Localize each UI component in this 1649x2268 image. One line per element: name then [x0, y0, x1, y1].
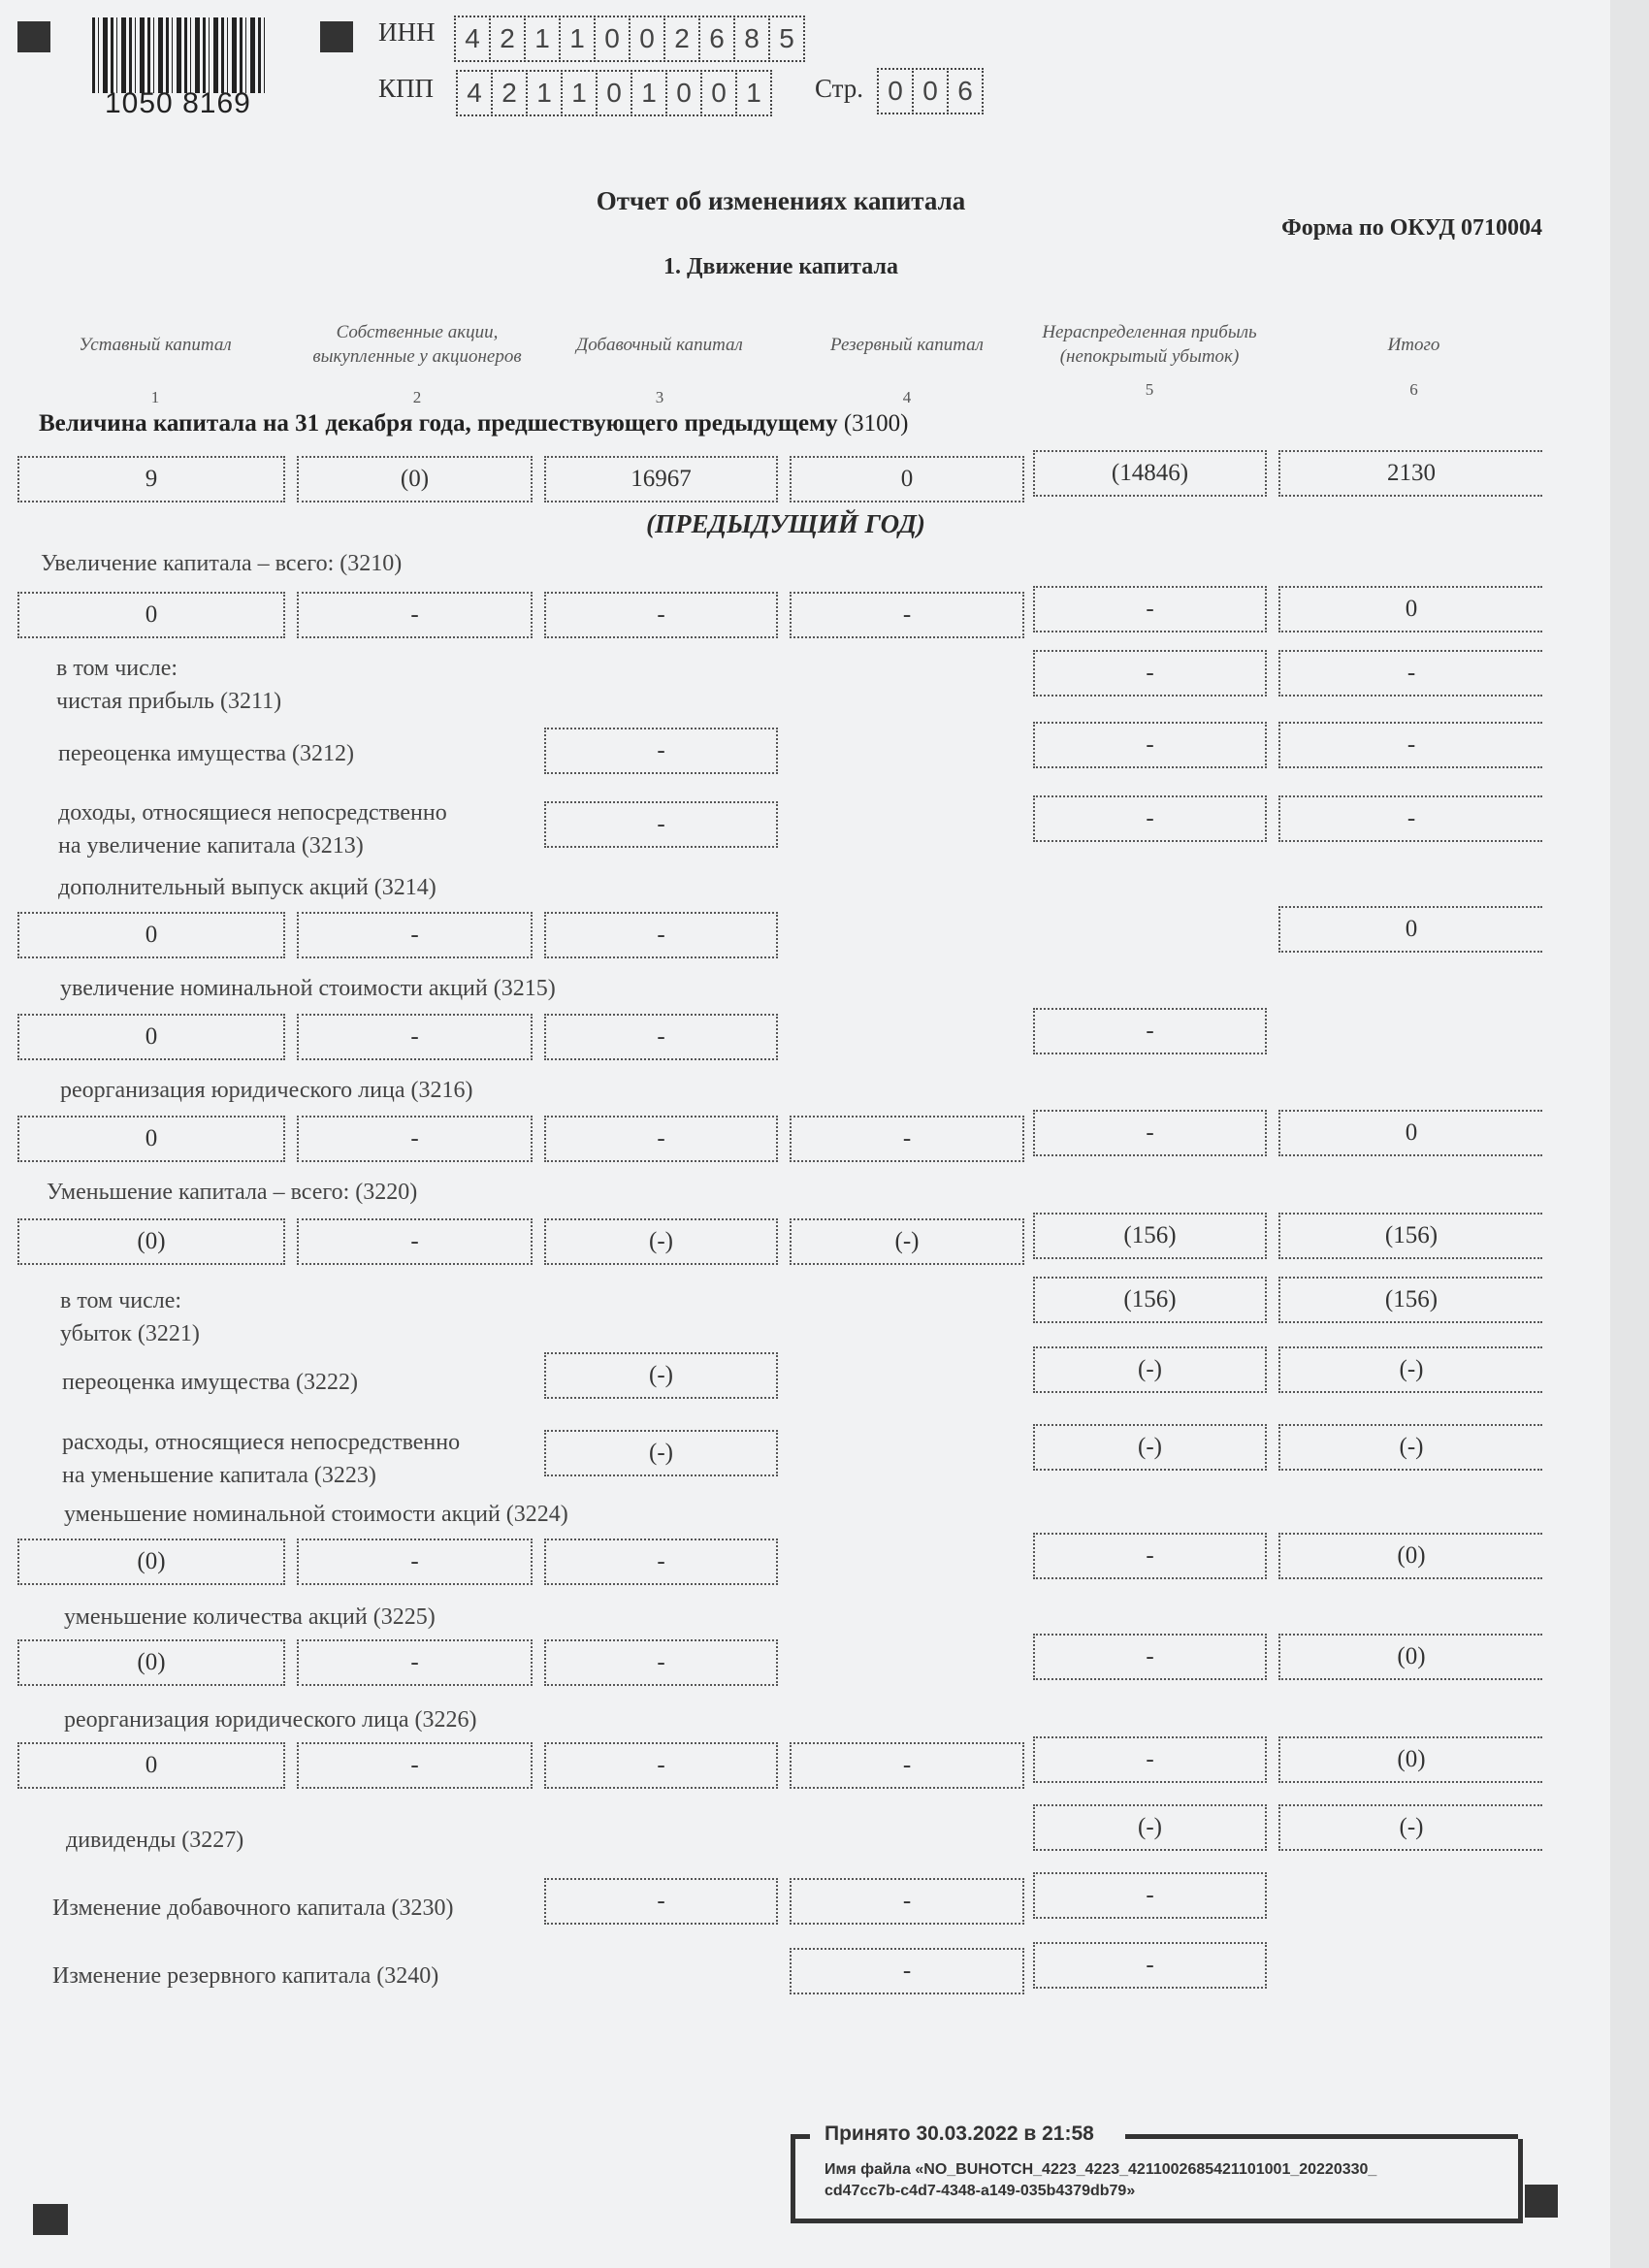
- okud-code: Форма по ОКУД 0710004: [1281, 215, 1542, 242]
- page-digit: 6: [947, 68, 984, 114]
- value-cell-3230-col5: -: [1033, 1872, 1267, 1919]
- row-label-3221: в том числе:убыток (3221): [60, 1284, 200, 1350]
- barcode-number: 1050 8169: [105, 87, 251, 120]
- column-header-6: Итого: [1280, 301, 1547, 388]
- value-cell-3222-col5: (-): [1033, 1346, 1267, 1393]
- inn-digit: 4: [454, 16, 491, 62]
- inn-digit: 0: [629, 16, 665, 62]
- row-label-3220: Уменьшение капитала – всего: (3220): [47, 1176, 417, 1209]
- value-cell-3224-col5: -: [1033, 1533, 1267, 1579]
- value-cell-3221-col5: (156): [1033, 1277, 1267, 1323]
- document-title: Отчет об изменениях капитала: [0, 186, 1562, 216]
- stamp-border: [1125, 2134, 1518, 2139]
- value-cell-3214-col6: 0: [1278, 906, 1542, 953]
- value-cell-3216-col5: -: [1033, 1110, 1267, 1156]
- value-cell-3100-col5: (14846): [1033, 450, 1267, 497]
- value-cell-3226-col3: -: [544, 1742, 778, 1789]
- value-cell-3240-col5: -: [1033, 1942, 1267, 1989]
- row-label-3100: Величина капитала на 31 декабря года, пр…: [39, 407, 909, 440]
- page-label: Стр.: [815, 74, 863, 104]
- value-cell-3220-col5: (156): [1033, 1213, 1267, 1259]
- column-header-2: Собственные акции, выкупленные у акционе…: [291, 301, 543, 388]
- value-cell-3226-col4: -: [790, 1742, 1024, 1789]
- value-cell-3211-col5: -: [1033, 650, 1267, 697]
- kpp-digit: 2: [491, 70, 528, 116]
- row-label-3226: реорганизация юридического лица (3226): [64, 1703, 476, 1736]
- kpp-label: КПП: [378, 74, 434, 104]
- kpp-digit: 0: [700, 70, 737, 116]
- value-cell-3100-col1: 9: [17, 456, 285, 502]
- stamp-border: [791, 2134, 810, 2139]
- column-header-1: Уставный капитал: [58, 301, 252, 388]
- value-cell-3216-col4: -: [790, 1116, 1024, 1162]
- section-subtitle: 1. Движение капитала: [0, 254, 1562, 280]
- previous-year-heading: (ПРЕДЫДУЩИЙ ГОД): [0, 509, 1571, 539]
- kpp-field: 421101001: [456, 70, 770, 116]
- inn-digit: 8: [733, 16, 770, 62]
- value-cell-3221-col6: (156): [1278, 1277, 1542, 1323]
- value-cell-3210-col5: -: [1033, 586, 1267, 632]
- value-cell-3212-col6: -: [1278, 722, 1542, 768]
- row-label-3240: Изменение резервного капитала (3240): [52, 1960, 438, 1993]
- value-cell-3214-col2: -: [297, 912, 533, 958]
- column-number-2: 2: [291, 388, 543, 407]
- value-cell-3210-col6: 0: [1278, 586, 1542, 632]
- row-label-3225: уменьшение количества акций (3225): [64, 1601, 436, 1634]
- row-label-3222: переоценка имущества (3222): [62, 1366, 358, 1399]
- value-cell-3224-col1: (0): [17, 1539, 285, 1585]
- value-cell-3225-col3: -: [544, 1639, 778, 1686]
- value-cell-3224-col6: (0): [1278, 1533, 1542, 1579]
- stamp-file-name: Имя файла «NO_BUHOTCH_4223_4223_42110026…: [824, 2159, 1503, 2202]
- row-label-3211: в том числе:чистая прибыль (3211): [56, 652, 281, 718]
- row-label-3224: уменьшение номинальной стоимости акций (…: [64, 1498, 568, 1531]
- value-cell-3225-col5: -: [1033, 1634, 1267, 1680]
- value-cell-3216-col3: -: [544, 1116, 778, 1162]
- value-cell-3220-col2: -: [297, 1218, 533, 1265]
- barcode-icon: [92, 17, 267, 93]
- row-label-3210: Увеличение капитала – всего: (3210): [41, 547, 402, 580]
- kpp-digit: 1: [735, 70, 772, 116]
- value-cell-3216-col1: 0: [17, 1116, 285, 1162]
- value-cell-3100-col2: (0): [297, 456, 533, 502]
- inn-digit: 2: [489, 16, 526, 62]
- value-cell-3225-col2: -: [297, 1639, 533, 1686]
- value-cell-3226-col6: (0): [1278, 1736, 1542, 1783]
- column-number-1: 1: [58, 388, 252, 407]
- value-cell-3230-col4: -: [790, 1878, 1024, 1925]
- document-page: 1050 8169 ИНН 4211002685 КПП 421101001 С…: [0, 0, 1649, 2268]
- inn-digit: 1: [524, 16, 561, 62]
- value-cell-3226-col2: -: [297, 1742, 533, 1789]
- value-cell-3213-col3: -: [544, 801, 778, 848]
- value-cell-3224-col2: -: [297, 1539, 533, 1585]
- row-label-3213: доходы, относящиеся непосредственнона ув…: [58, 796, 447, 862]
- inn-digit: 0: [594, 16, 630, 62]
- value-cell-3225-col6: (0): [1278, 1634, 1542, 1680]
- column-number-5: 5: [1033, 380, 1266, 400]
- registration-marker-bottom-left: [33, 2204, 68, 2235]
- value-cell-3215-col3: -: [544, 1014, 778, 1060]
- value-cell-3227-col6: (-): [1278, 1804, 1542, 1851]
- value-cell-3223-col6: (-): [1278, 1424, 1542, 1471]
- value-cell-3210-col3: -: [544, 592, 778, 638]
- registration-marker-top-mid: [320, 21, 353, 52]
- value-cell-3210-col2: -: [297, 592, 533, 638]
- column-number-3: 3: [543, 388, 776, 407]
- value-cell-3220-col3: (-): [544, 1218, 778, 1265]
- row-label-3227: дивиденды (3227): [66, 1824, 243, 1857]
- value-cell-3216-col2: -: [297, 1116, 533, 1162]
- stamp-accepted-date: Принято 30.03.2022 в 21:58: [824, 2122, 1094, 2146]
- value-cell-3216-col6: 0: [1278, 1110, 1542, 1156]
- kpp-digit: 1: [526, 70, 563, 116]
- row-label-3215: увеличение номинальной стоимости акций (…: [60, 972, 556, 1005]
- column-number-6: 6: [1280, 380, 1547, 400]
- kpp-digit: 0: [665, 70, 702, 116]
- column-header-4: Резервный капитал: [791, 301, 1023, 388]
- row-label-3216: реорганизация юридического лица (3216): [60, 1074, 472, 1107]
- value-cell-3214-col3: -: [544, 912, 778, 958]
- value-cell-3222-col6: (-): [1278, 1346, 1542, 1393]
- registration-marker-top-left: [17, 21, 50, 52]
- value-cell-3226-col5: -: [1033, 1736, 1267, 1783]
- value-cell-3215-col1: 0: [17, 1014, 285, 1060]
- value-cell-3210-col1: 0: [17, 592, 285, 638]
- inn-digit: 2: [663, 16, 700, 62]
- value-cell-3210-col4: -: [790, 592, 1024, 638]
- value-cell-3224-col3: -: [544, 1539, 778, 1585]
- kpp-digit: 1: [630, 70, 667, 116]
- value-cell-3227-col5: (-): [1033, 1804, 1267, 1851]
- column-header-3: Добавочный капитал: [543, 301, 776, 388]
- value-cell-3213-col6: -: [1278, 795, 1542, 842]
- value-cell-3211-col6: -: [1278, 650, 1542, 697]
- row-label-3230: Изменение добавочного капитала (3230): [52, 1892, 454, 1925]
- kpp-digit: 4: [456, 70, 493, 116]
- inn-digit: 5: [768, 16, 805, 62]
- inn-label: ИНН: [378, 17, 436, 48]
- kpp-digit: 1: [561, 70, 598, 116]
- inn-field: 4211002685: [454, 16, 803, 62]
- value-cell-3220-col6: (156): [1278, 1213, 1542, 1259]
- column-number-4: 4: [791, 388, 1023, 407]
- value-cell-3223-col5: (-): [1033, 1424, 1267, 1471]
- page-digit: 0: [877, 68, 914, 114]
- row-label-3212: переоценка имущества (3212): [58, 737, 354, 770]
- value-cell-3100-col3: 16967: [544, 456, 778, 502]
- row-label-3223: расходы, относящиеся непосредственнона у…: [62, 1426, 460, 1492]
- kpp-digit: 0: [596, 70, 632, 116]
- registration-marker-bottom-right: [1525, 2185, 1558, 2218]
- value-cell-3215-col5: -: [1033, 1008, 1267, 1054]
- value-cell-3220-col4: (-): [790, 1218, 1024, 1265]
- value-cell-3240-col4: -: [790, 1948, 1024, 1994]
- inn-digit: 6: [698, 16, 735, 62]
- value-cell-3226-col1: 0: [17, 1742, 285, 1789]
- column-header-5: Нераспределенная прибыль (непокрытый убы…: [1033, 301, 1266, 388]
- value-cell-3230-col3: -: [544, 1878, 778, 1925]
- value-cell-3225-col1: (0): [17, 1639, 285, 1686]
- value-cell-3223-col3: (-): [544, 1430, 778, 1476]
- page-number-field: 006: [877, 68, 982, 114]
- value-cell-3213-col5: -: [1033, 795, 1267, 842]
- inn-digit: 1: [559, 16, 596, 62]
- row-label-3214: дополнительный выпуск акций (3214): [58, 871, 436, 904]
- page-digit: 0: [912, 68, 949, 114]
- value-cell-3100-col6: 2130: [1278, 450, 1542, 497]
- value-cell-3214-col1: 0: [17, 912, 285, 958]
- value-cell-3222-col3: (-): [544, 1352, 778, 1399]
- value-cell-3212-col5: -: [1033, 722, 1267, 768]
- value-cell-3220-col1: (0): [17, 1218, 285, 1265]
- value-cell-3100-col4: 0: [790, 456, 1024, 502]
- paper-edge: [1610, 0, 1649, 2268]
- value-cell-3212-col3: -: [544, 728, 778, 774]
- value-cell-3215-col2: -: [297, 1014, 533, 1060]
